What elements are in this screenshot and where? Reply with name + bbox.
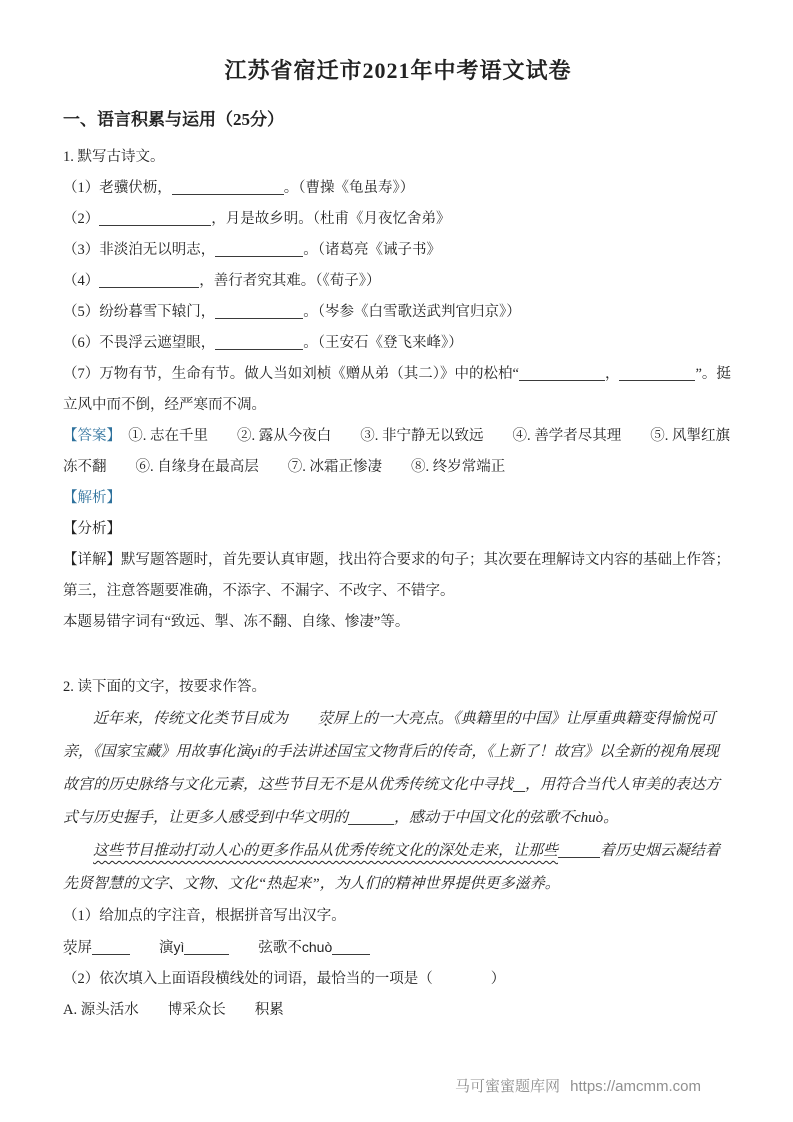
text-run: 屏 [78,940,93,956]
text-run: A. 源头活水 博采众长 积累 [63,1002,284,1018]
text-run: 近年来，传统文化类节目成为 [93,711,288,727]
text-run: ，感动于中国文化的弦歌不chuò。 [394,810,618,826]
q1-item-7: （7）万物有节，生命有节。做人当如刘桢《赠从弟（其二）》中的松柏“，”。挺立风中… [63,359,733,421]
section-heading: 一、语言积累与运用（25分） [63,105,733,130]
text-run: 。（曹操《龟虽寿》） [284,180,415,196]
q2-stem: 2. 读下面的文字，按要求作答。 [63,672,733,703]
blank-underline [215,337,303,350]
text-run: 【分析】 [63,521,121,537]
q1-stem: 1. 默写古诗文。 [63,142,733,173]
answer-label: 【答案】 [63,428,114,444]
blank-underline [332,942,370,955]
pinyin-text: yì [174,939,185,955]
answer-label: 【解析】 [63,490,121,506]
blank-underline [172,182,284,195]
text-run: 弦歌不 [229,940,302,956]
wavy-text: 这些节目推动打动人心的更多作品从优秀传统文化的深处走来，让那些 [93,843,558,859]
q2-option-a: A. 源头活水 博采众长 积累 [63,995,733,1026]
q1-item-4: （4），善行者究其难。（《荀子》） [63,266,733,297]
text-run: ①. 志在千里 ②. 露从今夜白 ③. 非宁静无以致远 ④. 善学者尽其理 ⑤.… [63,428,730,475]
blank-underline [215,306,303,319]
q2-sub2-stem: （2）依次填入上面语段横线处的词语，最恰当的一项是（ ） [63,964,733,995]
text-run: （2） [63,211,99,227]
q1-answer: 【答案】 ①. 志在千里 ②. 露从今夜白 ③. 非宁静无以致远 ④. 善学者尽… [63,421,733,483]
text-run: 本题易错字词有“致远、掣、冻不翻、自缘、惨凄”等。 [63,614,409,630]
q1-jiexi-label: 【解析】 [63,483,733,514]
blank-underline [348,812,394,825]
q1-fenxi-label: 【分析】 [63,514,733,545]
blank-underline [619,368,695,381]
content-lines: 1. 默写古诗文。（1）老骥伏枥，。（曹操《龟虽寿》）（2），月是故乡明。（杜甫… [63,142,733,1026]
blank-underline [99,275,199,288]
q2-sub1-blanks: 荧屏 演yì 弦歌不chuò [63,932,733,964]
q1-xiangjie: 【详解】默写题答题时，首先要认真审题，找出符合要求的句子；其次要在理解诗文内容的… [63,545,733,607]
text-run: （1）给加点的字注音，根据拼音写出汉字。 [63,908,346,924]
blank-underline [519,368,605,381]
text-run: 。（王安石《登飞来峰》） [303,335,463,351]
text-run: （7）万物有节，生命有节。做人当如刘桢《赠从弟（其二）》中的松柏“ [63,366,519,382]
q1-item-3: （3）非淡泊无以明志，。（诸葛亮《诫子书》 [63,235,733,266]
dotted-char: 荧 [288,703,333,736]
blank-underline [513,779,525,792]
q1-item-5: （5）纷纷暮雪下辕门，。（岑参《白雪歌送武判官归京》） [63,297,733,328]
text-run: （2）依次填入上面语段横线处的词语，最恰当的一项是（ ） [63,971,505,987]
watermark-url: https://amcmm.com [570,1078,701,1095]
dotted-char: 荧 [63,933,78,964]
blank-underline [558,845,600,858]
q1-item-1: （1）老骥伏枥，。（曹操《龟虽寿》） [63,173,733,204]
pinyin-text: chuò [302,939,332,955]
text-run: 2. 读下面的文字，按要求作答。 [63,679,266,695]
text-run: 1. 默写古诗文。 [63,149,165,165]
text-run: ， [605,366,620,382]
text-run: （1）老骥伏枥， [63,180,172,196]
blank-underline [215,244,303,257]
watermark-footer: 马可蜜蜜题库网 https://amcmm.com [0,1075,793,1096]
text-run: 演 [130,940,174,956]
text-run: 。（岑参《白雪歌送武判官归京》） [303,304,521,320]
text-run: 【详解】默写题答题时，首先要认真审题，找出符合要求的句子；其次要在理解诗文内容的… [63,552,730,599]
q2-sub1-stem: （1）给加点的字注音，根据拼音写出汉字。 [63,901,733,932]
blank-underline [92,942,130,955]
blank-underline [184,942,229,955]
q1-item-6: （6）不畏浮云遮望眼，。（王安石《登飞来峰》） [63,328,733,359]
text-run: （6）不畏浮云遮望眼， [63,335,215,351]
q2-passage-p2: 这些节目推动打动人心的更多作品从优秀传统文化的深处走来，让那些着历史烟云凝结着先… [63,835,733,901]
exam-page: 江苏省宿迁市2021年中考语文试卷 一、语言积累与运用（25分） 1. 默写古诗… [0,0,793,1122]
text-run: （4） [63,273,99,289]
text-run: 。（诸葛亮《诫子书》 [303,242,441,258]
text-run: （3）非淡泊无以明志， [63,242,215,258]
watermark-site-name: 马可蜜蜜题库网 [455,1078,560,1095]
text-run: ，善行者究其难。（《荀子》） [199,273,380,289]
blank-underline [99,213,211,226]
q1-error-note: 本题易错字词有“致远、掣、冻不翻、自缘、惨凄”等。 [63,607,733,638]
text-run: ，月是故乡明。（杜甫《月夜忆舍弟》 [211,211,450,227]
q1-item-2: （2），月是故乡明。（杜甫《月夜忆舍弟》 [63,204,733,235]
text-run: （5）纷纷暮雪下辕门， [63,304,215,320]
q2-passage-p1: 近年来，传统文化类节目成为荧屏上的一大亮点。《典籍里的中国》让厚重典籍变得愉悦可… [63,703,733,835]
doc-title: 江苏省宿迁市2021年中考语文试卷 [63,54,733,85]
